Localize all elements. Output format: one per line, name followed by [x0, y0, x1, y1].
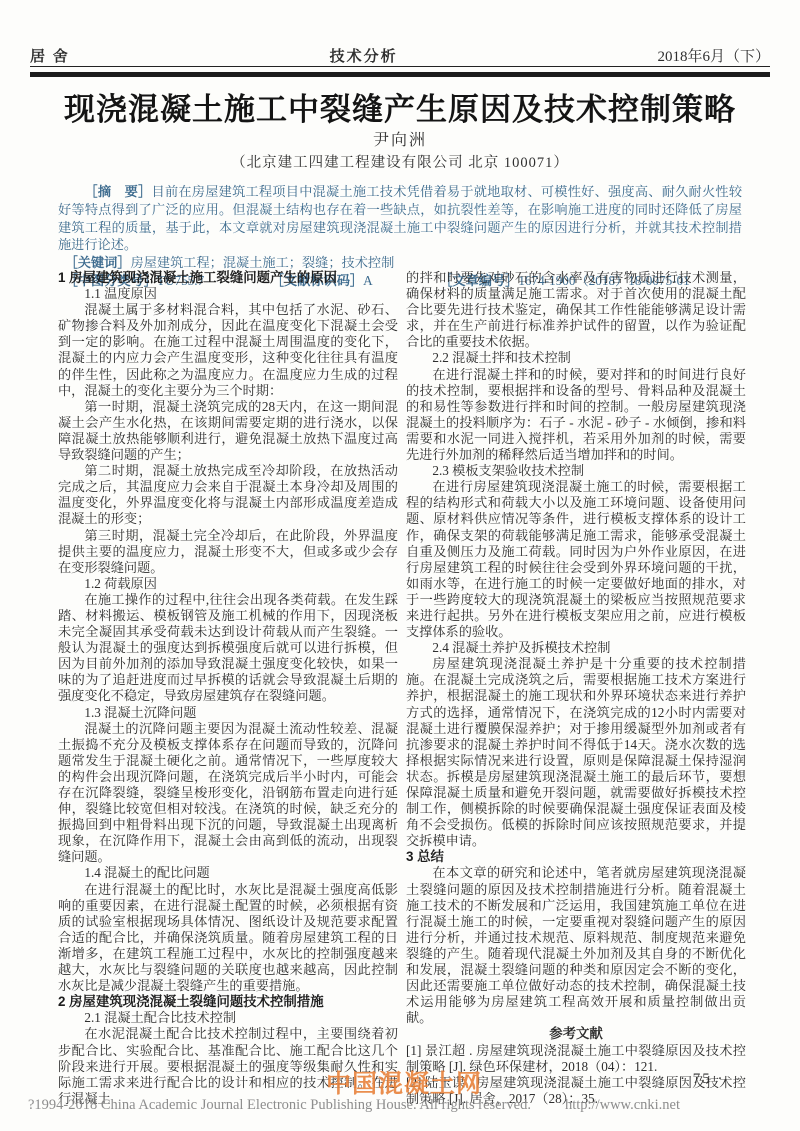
column-name: 技术分析	[330, 45, 398, 66]
paragraph: 混凝土的沉降问题主要因为混凝土流动性较差、混凝土振捣不充分及模板支撑体系存在问题…	[58, 721, 398, 866]
cnki-url: http://www.cnki.net	[565, 1097, 680, 1113]
journal-page: 居 舍 技术分析 2018年6月（下） 现浇混凝土施工中裂缝产生原因及技术控制策…	[0, 0, 800, 1131]
subsection-heading-1-2: 1.2 荷载原因	[58, 576, 398, 592]
subsection-heading-1-4: 1.4 混凝土的配比问题	[58, 865, 398, 881]
abstract-label: ［摘 要］	[84, 184, 151, 199]
right-column: 的拌和时要先对砂石的含水率及有害物质进行技术测量，确保材料的质量满足施工需求。对…	[406, 270, 746, 1107]
keywords-text: 房屋建筑工程；混凝土施工；裂缝；技术控制	[131, 255, 395, 270]
section-heading-2: 2 房屋建筑现浇混凝土裂缝问题技术控制措施	[58, 994, 398, 1010]
paragraph-continuation: 的拌和时要先对砂石的含水率及有害物质进行技术测量，确保材料的质量满足施工需求。对…	[406, 270, 746, 350]
keywords-label: ［关键词］	[65, 255, 131, 270]
paragraph: 在进行混凝土的配比时，水灰比是混凝土强度高低影响的重要因素，在进行混凝土配置的时…	[58, 882, 398, 995]
paragraph: 房屋建筑现浇混凝土养护是十分重要的技术控制措施。在混凝土完成浇筑之后，需要根据施…	[406, 656, 746, 849]
paragraph: 在本文章的研究和论述中，笔者就房屋建筑现浇混凝土裂缝问题的原因及技术控制措施进行…	[406, 865, 746, 1026]
page-number: · 75 ·	[680, 1071, 725, 1088]
paragraph: 第一时期，混凝土浇筑完成的28天内，在这一期间混凝土会产生水化热，在该期间需要定…	[58, 399, 398, 463]
affiliation: （北京建工四建工程建设有限公司 北京 100071）	[0, 151, 800, 172]
subsection-heading-2-2: 2.2 混凝土拌和技术控制	[406, 350, 746, 366]
subsection-heading-2-4: 2.4 混凝土养护及拆模技术控制	[406, 640, 746, 656]
paragraph: 混凝土属于多材料混合料，其中包括了水泥、砂石、矿物掺合料及外加剂成分，因此在温度…	[58, 302, 398, 399]
copyright-line: ?1994-2018 China Academic Journal Electr…	[28, 1097, 680, 1114]
article-body: 1 房屋建筑现浇混凝土施工裂缝问题产生的原因 1.1 温度原因 混凝土属于多材料…	[58, 270, 746, 1107]
issue-date: 2018年6月（下）	[657, 45, 770, 66]
header-rule-thin	[30, 66, 770, 67]
subsection-heading-2-1: 2.1 混凝土配合比技术控制	[58, 1010, 398, 1026]
left-column: 1 房屋建筑现浇混凝土施工裂缝问题产生的原因 1.1 温度原因 混凝土属于多材料…	[58, 270, 398, 1107]
references-title: 参考文献	[406, 1026, 746, 1042]
subsection-heading-1-1: 1.1 温度原因	[58, 286, 398, 302]
section-heading-3: 3 总结	[406, 849, 746, 865]
paragraph: 在进行房屋建筑现浇混凝土施工的时候，需要根据工程的结构形式和荷载大小以及施工环境…	[406, 479, 746, 640]
header-rule-thick	[30, 72, 770, 77]
page-header: 居 舍 技术分析 2018年6月（下）	[30, 45, 770, 66]
copyright-text: ?1994-2018 China Academic Journal Electr…	[28, 1097, 531, 1113]
abstract: ［摘 要］目前在房屋建筑工程项目中混凝土施工技术凭借着易于就地取材、可模性好、强…	[58, 183, 742, 254]
subsection-heading-1-3: 1.3 混凝土沉降问题	[58, 705, 398, 721]
paragraph: 第三时期，混凝土完全冷却后，在此阶段，外界温度提供主要的温度应力，混凝土形变不大…	[58, 528, 398, 576]
journal-name: 居 舍	[30, 45, 70, 66]
section-heading-1: 1 房屋建筑现浇混凝土施工裂缝问题产生的原因	[58, 270, 398, 286]
cnki-watermark: 中国混凝土网	[326, 1064, 482, 1100]
paragraph: 在进行混凝土拌和的时候，要对拌和的时间进行良好的技术控制，要根据拌和设备的型号、…	[406, 367, 746, 464]
paragraph: 第二时期，混凝土放热完成至冷却阶段，在放热活动完成之后，其温度应力会来自于混凝土…	[58, 463, 398, 527]
page-title: 现浇混凝土施工中裂缝产生原因及技术控制策略	[0, 84, 800, 129]
subsection-heading-2-3: 2.3 模板支架验收技术控制	[406, 463, 746, 479]
paragraph: 在施工操作的过程中,往往会出现各类荷载。在发生踩踏、材料搬运、模板钢管及施工机械…	[58, 592, 398, 705]
author-name: 尹向洲	[0, 127, 800, 150]
abstract-text: 目前在房屋建筑工程项目中混凝土施工技术凭借着易于就地取材、可模性好、强度高、耐久…	[58, 184, 742, 252]
